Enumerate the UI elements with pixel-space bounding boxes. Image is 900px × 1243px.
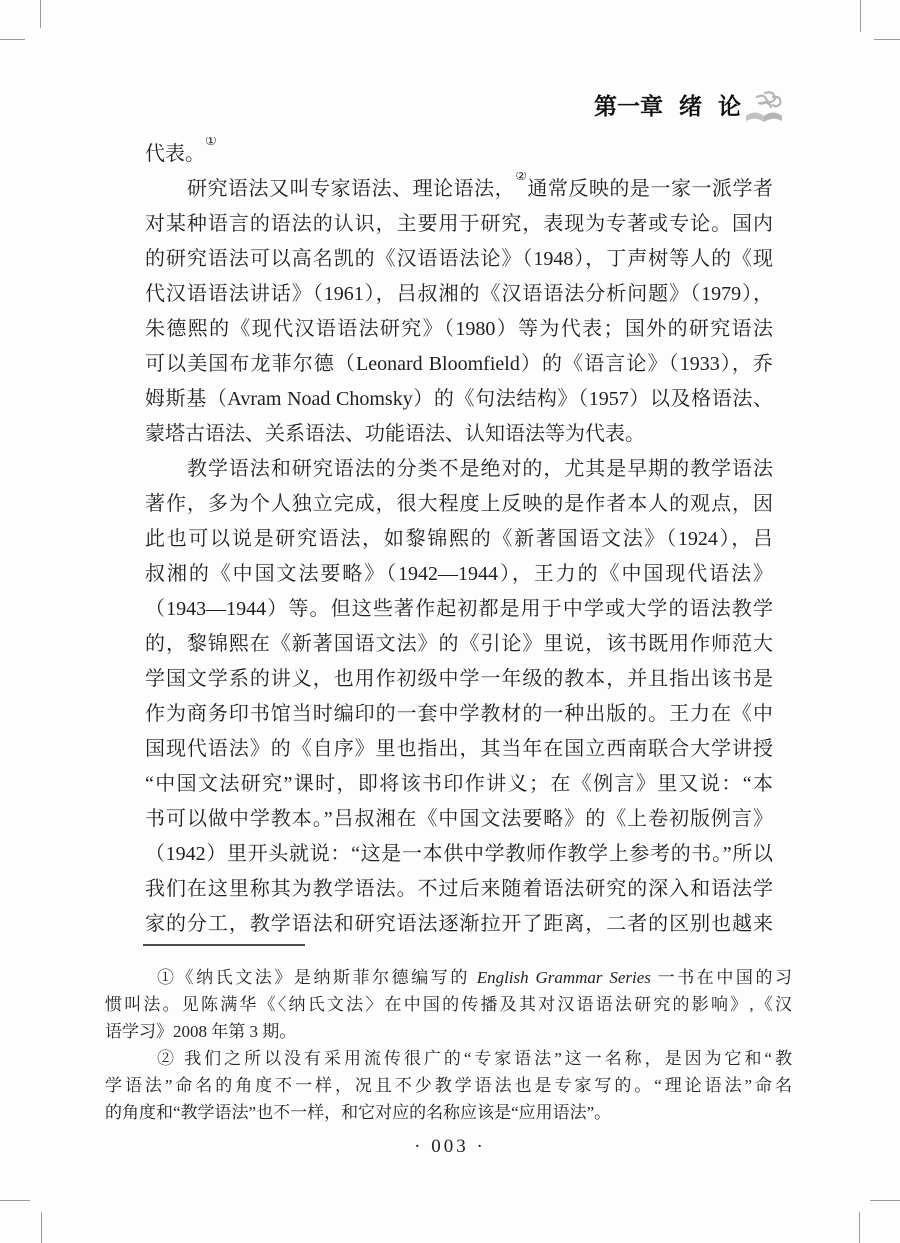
text-run: 的研究语法可以高名凯的《汉语语法论》（1948），丁声树等人的《现 xyxy=(145,248,773,270)
footnote-ref: ② xyxy=(515,172,527,183)
crop-line xyxy=(0,1200,30,1201)
footnote-line: 学语法”命名的角度不一样，况且不少教学语法也是专家写的。“理论语法”命名 xyxy=(105,1072,792,1099)
text-run: 可以美国布龙菲尔德（Leonard Bloomfield）的《语言论》（1933… xyxy=(145,353,773,375)
body-line: 我们在这里称其为教学语法。不过后来随着语法研究的深入和语法学 xyxy=(145,872,773,907)
footnote-line: 惯叫法。见陈满华《〈纳氏文法〉在中国的传播及其对汉语语法研究的影响》,《汉 xyxy=(105,991,792,1018)
body-line: 此也可以说是研究语法，如黎锦熙的《新著国语文法》（1924），吕 xyxy=(145,522,773,557)
text-run: 书可以做中学教本。”吕叔湘在《中国文法要略》的《上卷初版例言》 xyxy=(145,808,773,830)
text-run: 学国文学系的讲义，也用作初级中学一年级的教本，并且指出该书是 xyxy=(145,668,773,690)
crop-line xyxy=(41,1212,42,1243)
text-run: 惯叫法。见陈满华《〈纳氏文法〉在中国的传播及其对汉语语法研究的影响》,《汉 xyxy=(105,995,792,1014)
text-run: 通常反映的是一家一派学者 xyxy=(527,178,773,200)
text-run: （1943—1944）等。但这些著作起初都是用于中学或大学的语法教学 xyxy=(145,598,773,620)
text-run: 叔湘的《中国文法要略》（1942—1944），王力的《中国现代语法》 xyxy=(145,563,773,585)
footnote-line: 语学习》2008 年第 3 期。 xyxy=(105,1018,792,1045)
crop-line xyxy=(874,39,900,40)
crop-line xyxy=(870,1200,900,1201)
text-run: 国现代语法》的《自序》里也指出，其当年在国立西南联合大学讲授 xyxy=(145,738,773,760)
text-run: ①《纳氏文法》是纳斯菲尔德编写的 xyxy=(157,968,477,987)
chapter-number: 第一章 xyxy=(594,88,663,121)
body-line: 作为商务印书馆当时编印的一套中学教材的一种出版的。王力在《中 xyxy=(145,697,773,732)
text-run: 作为商务印书馆当时编印的一套中学教材的一种出版的。王力在《中 xyxy=(145,703,773,725)
footnotes: ①《纳氏文法》是纳斯菲尔德编写的 English Grammar Series … xyxy=(105,964,792,1126)
body-line: 蒙塔古语法、关系语法、功能语法、认知语法等为代表。 xyxy=(145,417,773,452)
crop-line xyxy=(860,0,861,32)
body-line: 朱德熙的《现代汉语语法研究》（1980）等为代表；国外的研究语法 xyxy=(145,312,773,347)
open-book-icon xyxy=(743,89,785,127)
body-line: 著作，多为个人独立完成，很大程度上反映的是作者本人的观点，因 xyxy=(145,487,773,522)
footnote-rule xyxy=(143,944,305,946)
text-run: （1942）里开头就说：“这是一本供中学教师作教学上参考的书。”所以 xyxy=(145,843,773,865)
text-run: 家的分工，教学语法和研究语法逐渐拉开了距离，二者的区别也越来 xyxy=(145,913,773,935)
crop-line xyxy=(859,1212,860,1243)
body-line: 代表。① xyxy=(145,137,773,172)
body-line: 家的分工，教学语法和研究语法逐渐拉开了距离，二者的区别也越来 xyxy=(145,907,773,942)
text-run: 的角度和“教学语法”也不一样，和它对应的名称应该是“应用语法”。 xyxy=(105,1103,611,1122)
italic-text: English Grammar Series xyxy=(477,968,651,987)
text-run: 的，黎锦熙在《新著国语文法》的《引论》里说，该书既用作师范大 xyxy=(145,633,773,655)
body-line: 教学语法和研究语法的分类不是绝对的，尤其是早期的教学语法 xyxy=(145,452,773,487)
text-run: 姆斯基（Avram Noad Chomsky）的《句法结构》（1957）以及格语… xyxy=(145,388,773,410)
body-line: （1943—1944）等。但这些著作起初都是用于中学或大学的语法教学 xyxy=(145,592,773,627)
footnote-line: ② 我们之所以没有采用流传很广的“专家语法”这一名称，是因为它和“教 xyxy=(105,1045,792,1072)
body-line: 书可以做中学教本。”吕叔湘在《中国文法要略》的《上卷初版例言》 xyxy=(145,802,773,837)
text-run: 教学语法和研究语法的分类不是绝对的，尤其是早期的教学语法 xyxy=(187,458,773,480)
body-line: 研究语法又叫专家语法、理论语法，②通常反映的是一家一派学者 xyxy=(145,172,773,207)
text-run: 一书在中国的习 xyxy=(651,968,792,987)
body-line: “中国文法研究”课时，即将该书印作讲义；在《例言》里又说：“本 xyxy=(145,767,773,802)
text-run: “中国文法研究”课时，即将该书印作讲义；在《例言》里又说：“本 xyxy=(145,773,773,795)
text-run: 著作，多为个人独立完成，很大程度上反映的是作者本人的观点，因 xyxy=(145,493,773,515)
body-line: 姆斯基（Avram Noad Chomsky）的《句法结构》（1957）以及格语… xyxy=(145,382,773,417)
body-line: 的，黎锦熙在《新著国语文法》的《引论》里说，该书既用作师范大 xyxy=(145,627,773,662)
text-run: 蒙塔古语法、关系语法、功能语法、认知语法等为代表。 xyxy=(145,423,645,445)
page-number: · 003 · xyxy=(0,1136,900,1158)
body-line: （1942）里开头就说：“这是一本供中学教师作教学上参考的书。”所以 xyxy=(145,837,773,872)
body-line: 学国文学系的讲义，也用作初级中学一年级的教本，并且指出该书是 xyxy=(145,662,773,697)
body-line: 对某种语言的语法的认识，主要用于研究，表现为专著或专论。国内 xyxy=(145,207,773,242)
body-line: 叔湘的《中国文法要略》（1942—1944），王力的《中国现代语法》 xyxy=(145,557,773,592)
body-line: 的研究语法可以高名凯的《汉语语法论》（1948），丁声树等人的《现 xyxy=(145,242,773,277)
crop-line xyxy=(40,0,41,28)
chapter-header: 第一章 绪 论 xyxy=(145,84,785,124)
text-run: 朱德熙的《现代汉语语法研究》（1980）等为代表；国外的研究语法 xyxy=(145,318,773,340)
body-line: 可以美国布龙菲尔德（Leonard Bloomfield）的《语言论》（1933… xyxy=(145,347,773,382)
body-line: 国现代语法》的《自序》里也指出，其当年在国立西南联合大学讲授 xyxy=(145,732,773,767)
footnote-line: ①《纳氏文法》是纳斯菲尔德编写的 English Grammar Series … xyxy=(105,964,792,991)
body-line: 代汉语语法讲话》（1961），吕叔湘的《汉语语法分析问题》（1979）， xyxy=(145,277,773,312)
text-run: 语学习》2008 年第 3 期。 xyxy=(105,1022,296,1041)
text-run: 代表。 xyxy=(145,143,205,165)
text-run: 此也可以说是研究语法，如黎锦熙的《新著国语文法》（1924），吕 xyxy=(145,528,773,550)
chapter-title-word: 论 xyxy=(718,88,741,121)
text-run: 我们在这里称其为教学语法。不过后来随着语法研究的深入和语法学 xyxy=(145,878,773,900)
footnote-line: 的角度和“教学语法”也不一样，和它对应的名称应该是“应用语法”。 xyxy=(105,1099,792,1126)
text-run: 研究语法又叫专家语法、理论语法， xyxy=(187,178,515,200)
crop-line xyxy=(0,39,25,40)
footnote-ref: ① xyxy=(205,137,217,148)
text-run: ② 我们之所以没有采用流传很广的“专家语法”这一名称，是因为它和“教 xyxy=(157,1049,792,1068)
text-run: 对某种语言的语法的认识，主要用于研究，表现为专著或专论。国内 xyxy=(145,213,773,235)
text-run: 代汉语语法讲话》（1961），吕叔湘的《汉语语法分析问题》（1979）， xyxy=(145,283,773,305)
text-run: 学语法”命名的角度不一样，况且不少教学语法也是专家写的。“理论语法”命名 xyxy=(105,1076,792,1095)
chapter-title-word: 绪 xyxy=(679,88,702,121)
body-text: 代表。①研究语法又叫专家语法、理论语法，②通常反映的是一家一派学者对某种语言的语… xyxy=(145,137,773,942)
